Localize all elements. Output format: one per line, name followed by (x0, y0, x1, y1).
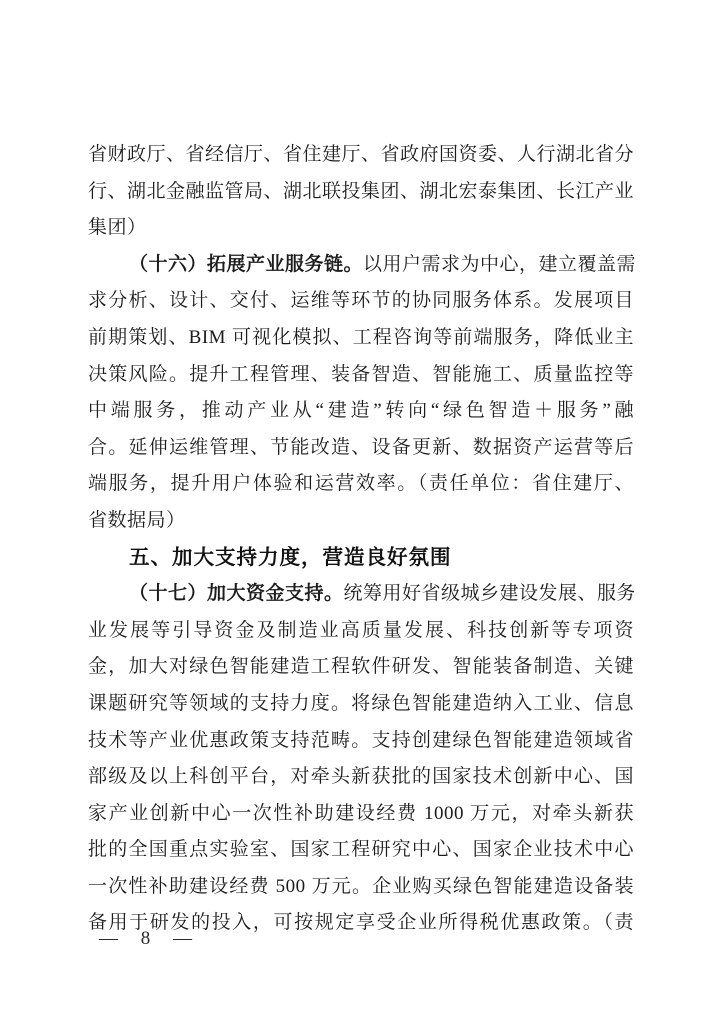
text-line: 批的全国重点实验室、国家工程研究中心、国家企业技术中心 (88, 832, 634, 869)
text-line: 家产业创新中心一次性补助建设经费 1000 万元，对牵头新获 (88, 796, 634, 833)
body-text: 省财政厅、省经信厅、省住建厅、省政府国资委、人行湖北省分 (88, 144, 634, 165)
document-page: 省财政厅、省经信厅、省住建厅、省政府国资委、人行湖北省分行、湖北金融监管局、湖北… (0, 0, 720, 1018)
body-text: 决策风险。提升工程管理、装备智造、智能施工、质量监控等 (88, 364, 634, 385)
body-text: 省数据局） (88, 510, 186, 531)
text-line: （十六）拓展产业服务链。以用户需求为中心，建立覆盖需 (88, 247, 634, 284)
section-heading: 五、加大支持力度，营造良好氛围 (88, 540, 634, 577)
text-line: 行、湖北金融监管局、湖北联投集团、湖北宏泰集团、长江产业 (88, 174, 634, 211)
text-line: 课题研究等领域的支持力度。将绿色智能建造纳入工业、信息 (88, 686, 634, 723)
text-line: 省财政厅、省经信厅、省住建厅、省政府国资委、人行湖北省分 (88, 137, 634, 174)
body-text: 部级及以上科创平台，对牵头新获批的国家技术创新中心、国 (88, 766, 634, 787)
body-text: 技术等产业优惠政策支持范畴。支持创建绿色智能建造领域省 (88, 730, 634, 751)
text-line: 部级及以上科创平台，对牵头新获批的国家技术创新中心、国 (88, 759, 634, 796)
body-text: 以用户需求为中心，建立覆盖需 (363, 254, 634, 275)
body-text: 批的全国重点实验室、国家工程研究中心、国家企业技术中心 (88, 839, 634, 860)
body-text: 端服务，提升用户体验和运营效率。（责任单位：省住建厅、 (88, 473, 634, 494)
text-line: 端服务，提升用户体验和运营效率。（责任单位：省住建厅、 (88, 466, 634, 503)
text-line: 中端服务，推动产业从“建造”转向“绿色智造＋服务”融 (88, 393, 634, 430)
body-text: 前期策划、BIM 可视化模拟、工程咨询等前端服务，降低业主 (88, 327, 634, 348)
text-line: 集团） (88, 210, 634, 247)
text-line: 金，加大对绿色智能建造工程软件研发、智能装备制造、关键 (88, 649, 634, 686)
body-text: 五、加大支持力度，营造良好氛围 (129, 546, 452, 569)
clause-title-text: （十六）拓展产业服务链。 (129, 254, 363, 275)
document-body: 省财政厅、省经信厅、省住建厅、省政府国资委、人行湖北省分行、湖北金融监管局、湖北… (88, 137, 634, 942)
body-text: 求分析、设计、交付、运维等环节的协同服务体系。发展项目 (88, 290, 634, 311)
body-text: 金，加大对绿色智能建造工程软件研发、智能装备制造、关键 (88, 656, 634, 677)
body-text: 课题研究等领域的支持力度。将绿色智能建造纳入工业、信息 (88, 693, 634, 714)
body-text: 一次性补助建设经费 500 万元。企业购买绿色智能建造设备装 (88, 876, 634, 897)
text-line: 合。延伸运维管理、节能改造、设备更新、数据资产运营等后 (88, 430, 634, 467)
text-line: 前期策划、BIM 可视化模拟、工程咨询等前端服务，降低业主 (88, 320, 634, 357)
body-text: 家产业创新中心一次性补助建设经费 1000 万元，对牵头新获 (88, 803, 634, 824)
body-text: 集团） (88, 217, 147, 238)
body-text: 行、湖北金融监管局、湖北联投集团、湖北宏泰集团、长江产业 (88, 181, 634, 202)
text-line: 决策风险。提升工程管理、装备智造、智能施工、质量监控等 (88, 357, 634, 394)
page-number: — 8 — (99, 928, 201, 950)
text-line: 一次性补助建设经费 500 万元。企业购买绿色智能建造设备装 (88, 869, 634, 906)
text-line: 省数据局） (88, 503, 634, 540)
text-line: （十七）加大资金支持。统筹用好省级城乡建设发展、服务 (88, 576, 634, 613)
clause-title-text: （十七）加大资金支持。 (129, 583, 344, 604)
body-text: 合。延伸运维管理、节能改造、设备更新、数据资产运营等后 (88, 437, 634, 458)
text-line: 求分析、设计、交付、运维等环节的协同服务体系。发展项目 (88, 283, 634, 320)
body-text: 业发展等引导资金及制造业高质量发展、科技创新等专项资 (88, 620, 634, 641)
body-text: 中端服务，推动产业从“建造”转向“绿色智造＋服务”融 (88, 400, 634, 421)
text-line: 业发展等引导资金及制造业高质量发展、科技创新等专项资 (88, 613, 634, 650)
body-text: 统筹用好省级城乡建设发展、服务 (344, 583, 634, 604)
text-line: 技术等产业优惠政策支持范畴。支持创建绿色智能建造领域省 (88, 723, 634, 760)
